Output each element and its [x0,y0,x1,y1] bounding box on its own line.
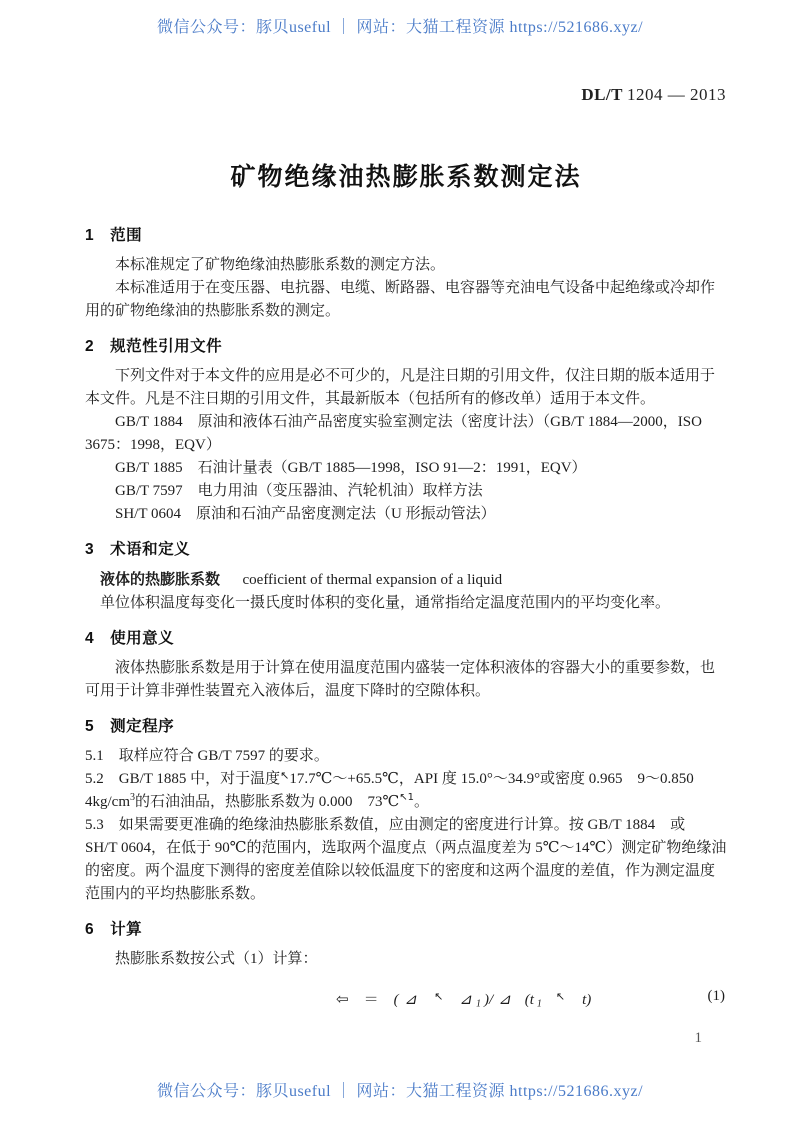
formula-delta-3: ⊿ [497,989,514,1012]
page-number: 1 [695,1030,703,1047]
clause-5-2: 5.2 GB/T 1885 中，对于温度↖17.7℃～+65.5℃，API 度 … [85,768,727,814]
term-line: 液体的热膨胀系数coefficient of thermal expansion… [100,568,727,592]
document-page: 微信公众号：豚贝useful ｜ 网站：大猫工程资源 https://52168… [0,0,800,1131]
doc-code: DL/T1204 — 2013 [581,85,726,105]
minus-glyph: ↖ [280,769,289,782]
watermark-top: 微信公众号：豚贝useful ｜ 网站：大猫工程资源 https://52168… [0,14,800,37]
watermark-bottom: 微信公众号：豚贝useful ｜ 网站：大猫工程资源 https://52168… [0,1078,800,1101]
equation-number: (1) [708,985,726,1008]
term-english: coefficient of thermal expansion of a li… [243,572,503,588]
equation-body: ⇦＝(⊿↖⊿1)/⊿(t1↖t) [333,985,594,1015]
clause-5-2-text-c: 的石油油品，热膨胀系数为 0.000 73℃ [135,794,399,810]
normative-reference-3: GB/T 7597 电力用油（变压器油、汽轮机油）取样方法 [85,480,727,503]
superscript-minus-1: ↖1 [399,792,414,803]
formula-open-paren-2: (t [525,989,534,1012]
clause-5-3: 5.3 如果需要更准确的绝缘油热膨胀系数值，应由测定的密度进行计算。按 GB/T… [85,814,727,906]
term-definition: 单位体积温度每变化一摄氏度时体积的变化量，通常指给定温度范围内的平均变化率。 [100,592,727,615]
document-title: 矿物绝缘油热膨胀系数测定法 [85,160,727,194]
section-4-heading: 4 使用意义 [85,627,727,650]
formula-open-paren: ( [394,989,399,1012]
section-5-heading: 5 测定程序 [85,715,727,738]
formula-lhs-symbol: ⇦ [336,988,349,1011]
section-2-heading: 2 规范性引用文件 [85,335,727,358]
doc-code-number: 1204 — 2013 [627,85,726,104]
section-4-paragraph-1: 液体热膨胀系数是用于计算在使用温度范围内盛装一定体积液体的容器大小的重要参数，也… [85,657,727,703]
clause-5-1: 5.1 取样应符合 GB/T 7597 的要求。 [85,745,727,768]
formula-subscript-2: 1 [537,998,542,1009]
doc-code-prefix: DL/T [581,85,623,104]
formula-minus-1: ↖ [434,990,443,1003]
formula-delta-2: ⊿ [458,989,475,1012]
formula-subscript-1: 1 [476,998,481,1009]
formula-divide: )/ [484,989,493,1012]
section-1-paragraph-2: 本标准适用于在变压器、电抗器、电缆、断路器、电容器等充油电气设备中起绝缘或冷却作… [85,277,727,323]
section-1-heading: 1 范围 [85,224,727,247]
section-6-heading: 6 计算 [85,918,727,941]
normative-reference-1: GB/T 1884 原油和液体石油产品密度实验室测定法（密度计法）（GB/T 1… [85,411,727,457]
formula-t-end: t) [582,989,591,1012]
normative-reference-2: GB/T 1885 石油计量表（GB/T 1885—1998，ISO 91—2：… [85,457,727,480]
clause-5-2-text-a: 5.2 GB/T 1885 中，对于温度 [85,771,280,787]
formula-minus-2: ↖ [556,990,565,1003]
formula-delta-1: ⊿ [403,989,420,1012]
normative-reference-4: SH/T 0604 原油和石油产品密度测定法（U 形振动管法） [85,503,727,526]
section-1-paragraph-1: 本标准规定了矿物绝缘油热膨胀系数的测定方法。 [85,254,727,277]
section-3-heading: 3 术语和定义 [85,538,727,561]
term-chinese: 液体的热膨胀系数 [100,571,220,588]
section-2-paragraph-1: 下列文件对于本文件的应用是必不可少的，凡是注日期的引用文件，仅注日期的版本适用于… [85,365,727,411]
clause-5-2-text-d: 。 [414,794,429,810]
formula-equals: ＝ [364,989,379,1012]
equation-1: ⇦＝(⊿↖⊿1)/⊿(t1↖t) (1) [85,985,727,1015]
section-6-intro: 热膨胀系数按公式（1）计算： [85,948,727,971]
document-body: 矿物绝缘油热膨胀系数测定法 1 范围 本标准规定了矿物绝缘油热膨胀系数的测定方法… [85,160,727,1015]
